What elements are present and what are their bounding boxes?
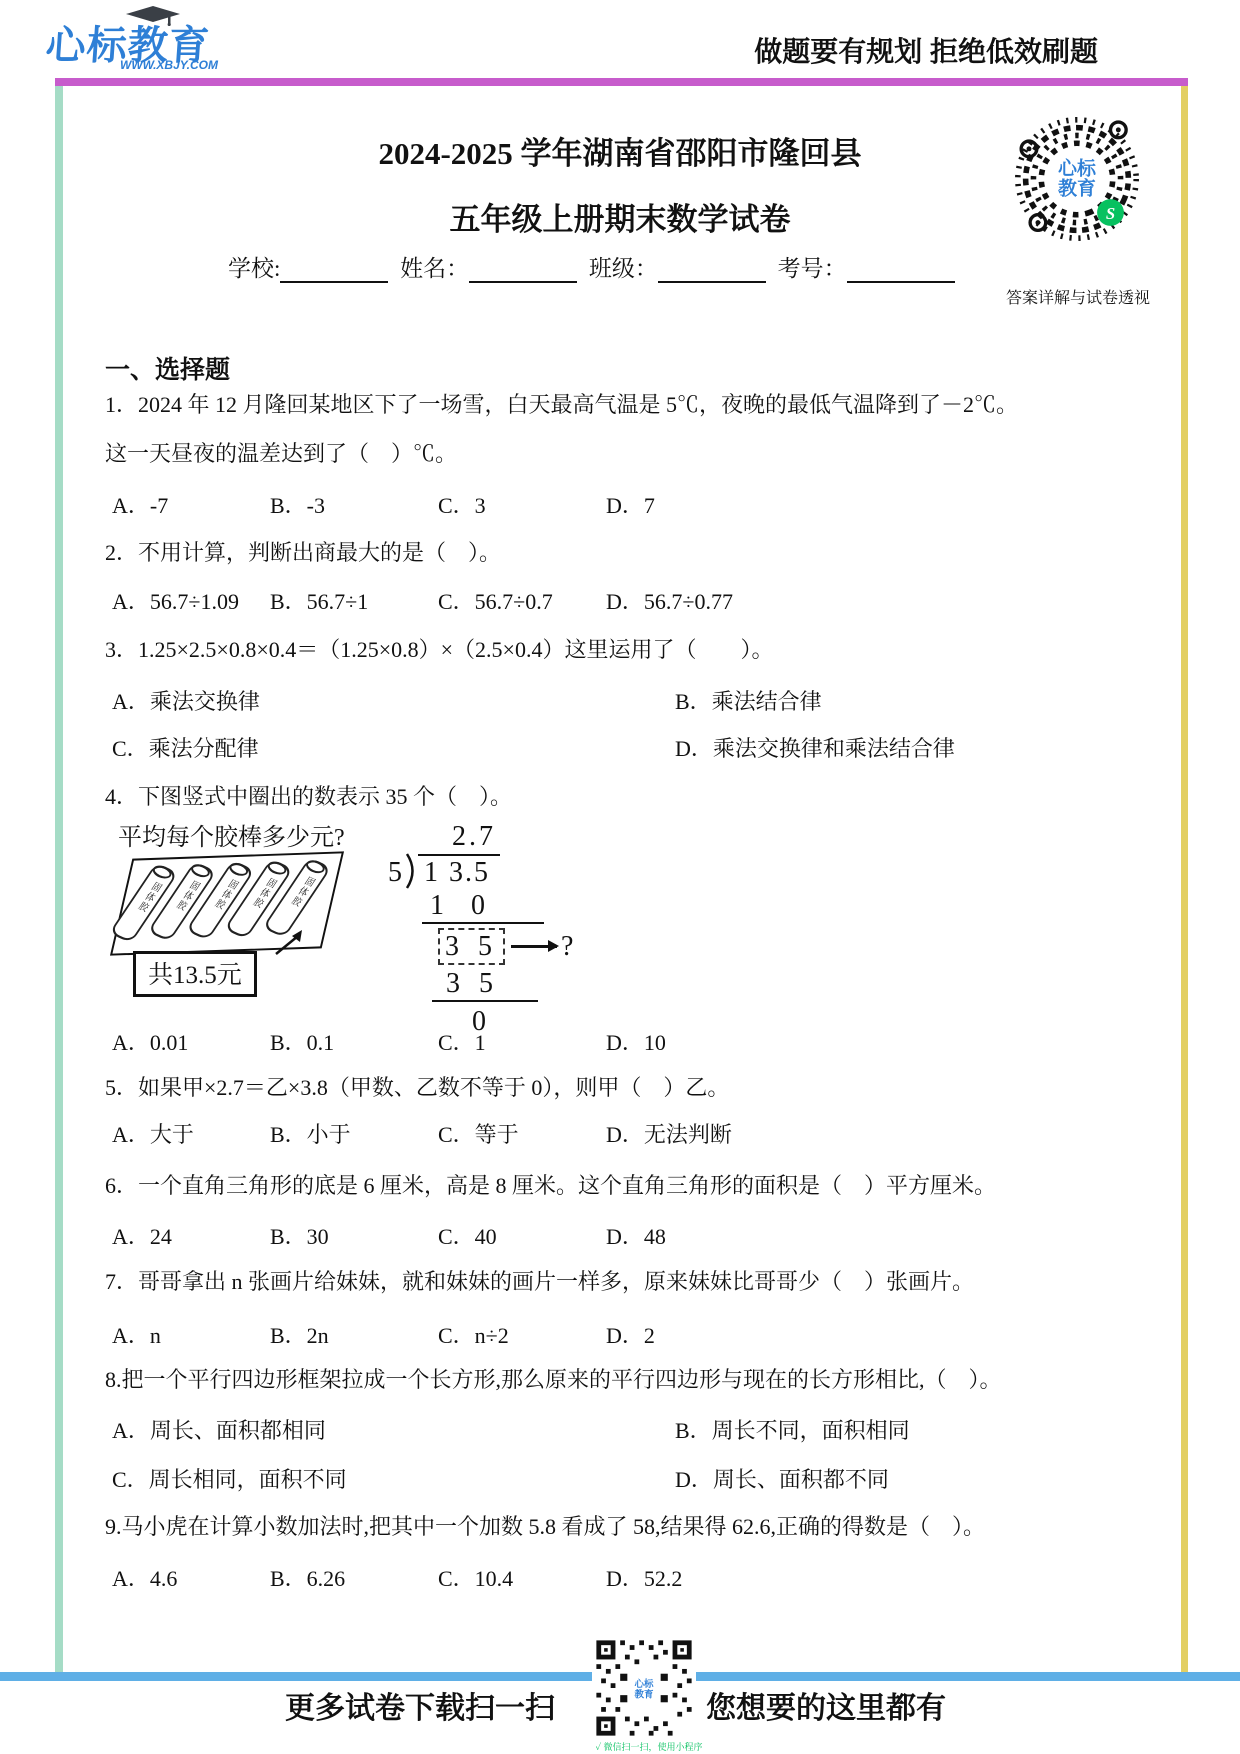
frame-top-border xyxy=(55,78,1188,86)
question-6-text: 6．一个直角三角形的底是 6 厘米，高是 8 厘米。这个直角三角形的面积是（ ）… xyxy=(105,1169,1165,1200)
question-1-text-line2: 这一天昼夜的温差达到了（ ）℃。 xyxy=(105,437,1165,468)
school-blank-line xyxy=(280,259,388,283)
question-5-options: A．大于 B．小于 C．等于 D．无法判断 xyxy=(112,1118,1162,1149)
question-5-text: 5．如果甲×2.7＝乙×3.8（甲数、乙数不等于 0），则甲（ ）乙。 xyxy=(105,1071,1165,1102)
option-c: C．等于 xyxy=(438,1118,606,1149)
question-8-options-ab: A．周长、面积都相同 B．周长不同，面积相同 xyxy=(112,1414,1162,1445)
question-7-options: A．n B．2n C．n÷2 D．2 xyxy=(112,1319,1162,1350)
question-1-options: A．-7 B．-3 C．3 D．7 xyxy=(112,489,1162,520)
option-b: B．0.1 xyxy=(270,1026,438,1057)
header-slogan: 做题要有规划 拒绝低效刷题 xyxy=(754,30,1098,70)
option-d: D．7 xyxy=(606,489,1162,520)
option-b: B．小于 xyxy=(270,1118,438,1149)
option-c: C．n÷2 xyxy=(438,1319,606,1350)
option-b: B．56.7÷1 xyxy=(270,585,438,616)
footer-left-text: 更多试卷下载扫一扫 xyxy=(285,1683,555,1727)
exam-page: 心标教育 WWW.XBJY.COM 做题要有规划 拒绝低效刷题 2024-202… xyxy=(0,0,1240,1754)
question-3-text: 3．1.25×2.5×0.8×0.4＝（1.25×0.8）×（2.5×0.4）这… xyxy=(105,633,1165,664)
callout-arrow-icon xyxy=(272,928,306,956)
svg-text:心标: 心标 xyxy=(634,1678,654,1690)
qr-center-text-2: 教育 xyxy=(1058,177,1096,200)
option-a: A．4.6 xyxy=(112,1562,270,1593)
division-question-mark: ? xyxy=(561,930,573,963)
option-a: A．周长、面积都相同 xyxy=(112,1414,675,1445)
option-a: A．24 xyxy=(112,1220,270,1251)
download-qr-caption: ✓ 微信扫一扫，使用小程序 xyxy=(584,1740,714,1753)
exam-no-blank-line xyxy=(847,259,955,283)
question-6-options: A．24 B．30 C．40 D．48 xyxy=(112,1220,1162,1251)
option-d: D．2 xyxy=(606,1319,1162,1350)
answer-qr-code: 心标 教育 S xyxy=(1010,112,1144,251)
option-b: B．乘法结合律 xyxy=(675,685,1162,716)
total-price-box: 共13.5元 xyxy=(133,951,257,997)
option-c: C．56.7÷0.7 xyxy=(438,585,606,616)
question-2-text: 2．不用计算，判断出商最大的是（ ）。 xyxy=(105,536,1165,567)
option-a: A．乘法交换律 xyxy=(112,685,675,716)
division-dividend: 1 3.5 xyxy=(418,854,500,889)
long-division-figure: 2.7 5 1 3.5 1 0 3 5 ? 3 5 0 xyxy=(388,820,573,1038)
option-c: C．周长相同，面积不同 xyxy=(112,1463,675,1494)
figure-caption: 平均每个胶棒多少元? xyxy=(118,817,345,852)
svg-text:S: S xyxy=(1106,204,1115,223)
option-d: D．周长、面积都不同 xyxy=(675,1463,1162,1494)
option-a: A．大于 xyxy=(112,1118,270,1149)
question-9-options: A．4.6 B．6.26 C．10.4 D．52.2 xyxy=(112,1562,1162,1593)
option-c: C．3 xyxy=(438,489,606,520)
student-info-line: 学校: 姓名： 班级： 考号： xyxy=(228,250,961,283)
option-d: D．56.7÷0.77 xyxy=(606,585,1162,616)
question-3-options-cd: C．乘法分配律 D．乘法交换律和乘法结合律 xyxy=(112,732,1162,763)
option-a: A．0.01 xyxy=(112,1026,270,1057)
division-quotient: 2.7 xyxy=(452,820,573,853)
option-d: D．乘法交换律和乘法结合律 xyxy=(675,732,1162,763)
qr-caption: 答案详解与试卷透视 xyxy=(998,285,1158,308)
question-8-text: 8.把一个平行四边形框架拉成一个长方形,那么原来的平行四边形与现在的长方形相比,… xyxy=(105,1363,1165,1394)
option-d: D．10 xyxy=(606,1026,1162,1057)
option-b: B．30 xyxy=(270,1220,438,1251)
name-label: 姓名： xyxy=(400,256,469,281)
question-8-options-cd: C．周长相同，面积不同 D．周长、面积都不同 xyxy=(112,1463,1162,1494)
division-circled-number: 3 5 xyxy=(438,928,505,965)
name-blank-line xyxy=(469,259,577,283)
class-label: 班级： xyxy=(589,256,658,281)
option-c: C．1 xyxy=(438,1026,606,1057)
option-c: C．10.4 xyxy=(438,1562,606,1593)
download-qr-code: 心标 教育 xyxy=(592,1636,696,1745)
glue-stick-tray: 固体胶 固体胶 固体胶 固体胶 固体胶 xyxy=(110,851,344,955)
option-b: B．6.26 xyxy=(270,1562,438,1593)
question-7-text: 7．哥哥拿出 n 张画片给妹妹，就和妹妹的画片一样多，原来妹妹比哥哥少（ ）张画… xyxy=(105,1265,1165,1296)
option-a: A．n xyxy=(112,1319,270,1350)
option-a: A．56.7÷1.09 xyxy=(112,585,270,616)
brand-logo: 心标教育 WWW.XBJY.COM xyxy=(46,6,276,76)
division-step1: 1 0 xyxy=(430,889,573,922)
option-b: B．周长不同，面积相同 xyxy=(675,1414,1162,1445)
svg-text:教育: 教育 xyxy=(633,1689,654,1701)
option-d: D．无法判断 xyxy=(606,1118,1162,1149)
arrow-right-icon xyxy=(511,945,557,948)
option-d: D．48 xyxy=(606,1220,1162,1251)
division-step2: 3 5 xyxy=(446,967,573,1000)
question-4-options: A．0.01 B．0.1 C．1 D．10 xyxy=(112,1026,1162,1057)
question-1-text: 1．2024 年 12 月隆回某地区下了一场雪，白天最高气温是 5℃，夜晚的最低… xyxy=(105,388,1165,419)
division-divisor: 5 xyxy=(388,856,402,889)
question-2-options: A．56.7÷1.09 B．56.7÷1 C．56.7÷0.7 D．56.7÷0… xyxy=(112,585,1162,616)
option-b: B．-3 xyxy=(270,489,438,520)
brand-url: WWW.XBJY.COM xyxy=(120,58,218,72)
option-b: B．2n xyxy=(270,1319,438,1350)
section-heading: 一、选择题 xyxy=(105,350,230,386)
option-c: C．40 xyxy=(438,1220,606,1251)
question-3-options-ab: A．乘法交换律 B．乘法结合律 xyxy=(112,685,1162,716)
qr-center-text-1: 心标 xyxy=(1058,157,1097,180)
school-label: 学校: xyxy=(228,256,280,281)
option-c: C．乘法分配律 xyxy=(112,732,675,763)
footer-right-text: 您想要的这里都有 xyxy=(706,1683,946,1727)
frame-right-border xyxy=(1181,86,1188,1672)
question-4-text: 4．下图竖式中圈出的数表示 35 个（ ）。 xyxy=(105,780,1165,811)
exam-no-label: 考号： xyxy=(778,256,847,281)
division-rule-line xyxy=(422,922,544,927)
division-bracket xyxy=(405,853,418,889)
option-d: D．52.2 xyxy=(606,1562,1162,1593)
frame-left-border xyxy=(55,86,63,1672)
option-a: A．-7 xyxy=(112,489,270,520)
class-blank-line xyxy=(658,259,766,283)
question-9-text: 9.马小虎在计算小数加法时,把其中一个加数 5.8 看成了 58,结果得 62.… xyxy=(105,1510,1165,1541)
